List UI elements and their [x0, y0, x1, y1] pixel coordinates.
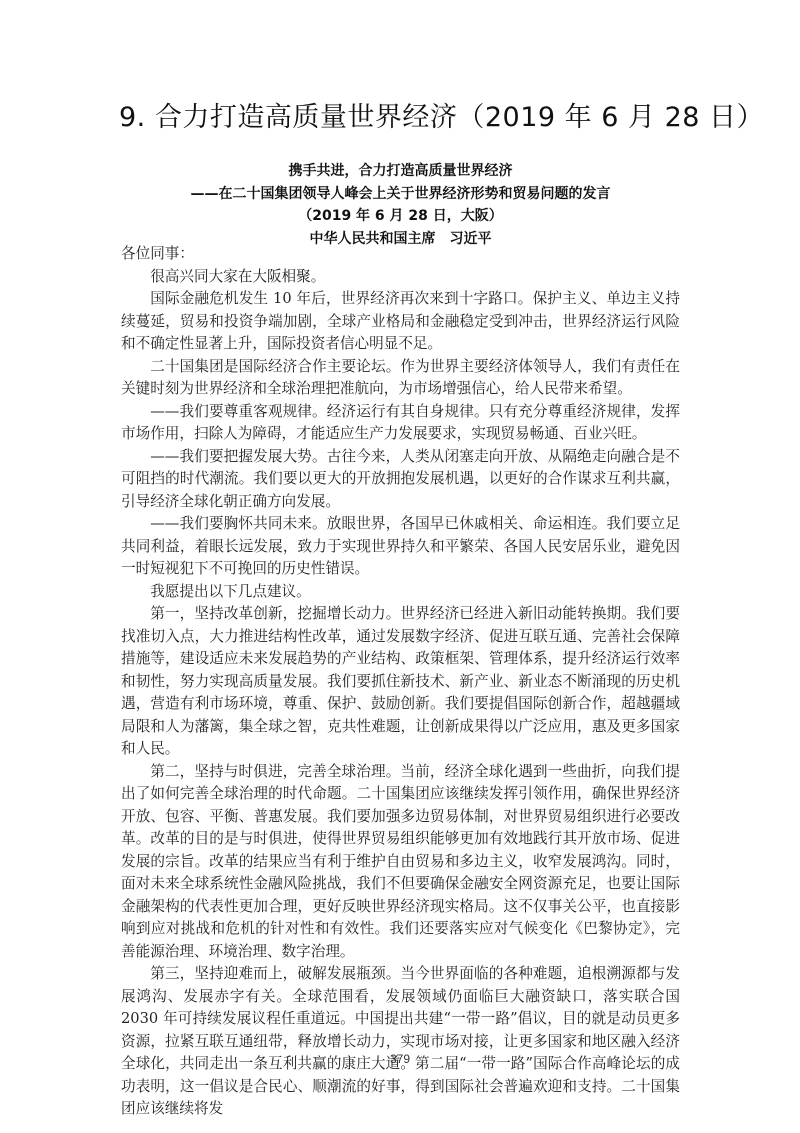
speech-body: 各位同事： 很高兴同大家在大阪相聚。 国际金融危机发生 10 年后，世界经济再次… — [121, 243, 680, 1121]
page-number: 379 — [0, 1052, 800, 1066]
paragraph: 二十国集团是国际经济合作主要论坛。作为世界主要经济体领导人，我们有责任在关键时刻… — [121, 356, 680, 401]
paragraph: 第一，坚持改革创新，挖掘增长动力。世界经济已经进入新旧动能转换期。我们要找准切入… — [121, 603, 680, 761]
paragraph: ——我们要把握发展大势。古往今来，人类从闭塞走向开放、从隔绝走向融合是不可阻挡的… — [121, 446, 680, 514]
paragraph: 我愿提出以下几点建议。 — [121, 581, 680, 604]
paragraph: ——我们要尊重客观规律。经济运行有其自身规律。只有充分尊重经济规律，发挥市场作用… — [121, 401, 680, 446]
paragraph: 第三，坚持迎难而上，破解发展瓶颈。当今世界面临的各种难题，追根溯源都与发展鸿沟、… — [121, 963, 680, 1121]
salutation: 各位同事： — [121, 243, 680, 266]
speech-date-place: （2019 年 6 月 28 日，大阪） — [121, 205, 680, 228]
speech-title: 携手共进，合力打造高质量世界经济 — [121, 160, 680, 183]
document-page: 9. 合力打造高质量世界经济（2019 年 6 月 28 日） 携手共进，合力打… — [0, 0, 800, 1133]
paragraph: ——我们要胸怀共同未来。放眼世界，各国早已休戚相关、命运相连。我们要立足共同利益… — [121, 513, 680, 581]
paragraph: 国际金融危机发生 10 年后，世界经济再次来到十字路口。保护主义、单边主义持续蔓… — [121, 288, 680, 356]
paragraph: 第二，坚持与时俱进，完善全球治理。当前，经济全球化遇到一些曲折，向我们提出了如何… — [121, 761, 680, 964]
chapter-title: 9. 合力打造高质量世界经济（2019 年 6 月 28 日） — [119, 100, 719, 136]
speech-header: 携手共进，合力打造高质量世界经济 ——在二十国集团领导人峰会上关于世界经济形势和… — [121, 160, 680, 250]
speech-subtitle: ——在二十国集团领导人峰会上关于世界经济形势和贸易问题的发言 — [121, 183, 680, 206]
paragraph: 很高兴同大家在大阪相聚。 — [121, 266, 680, 289]
